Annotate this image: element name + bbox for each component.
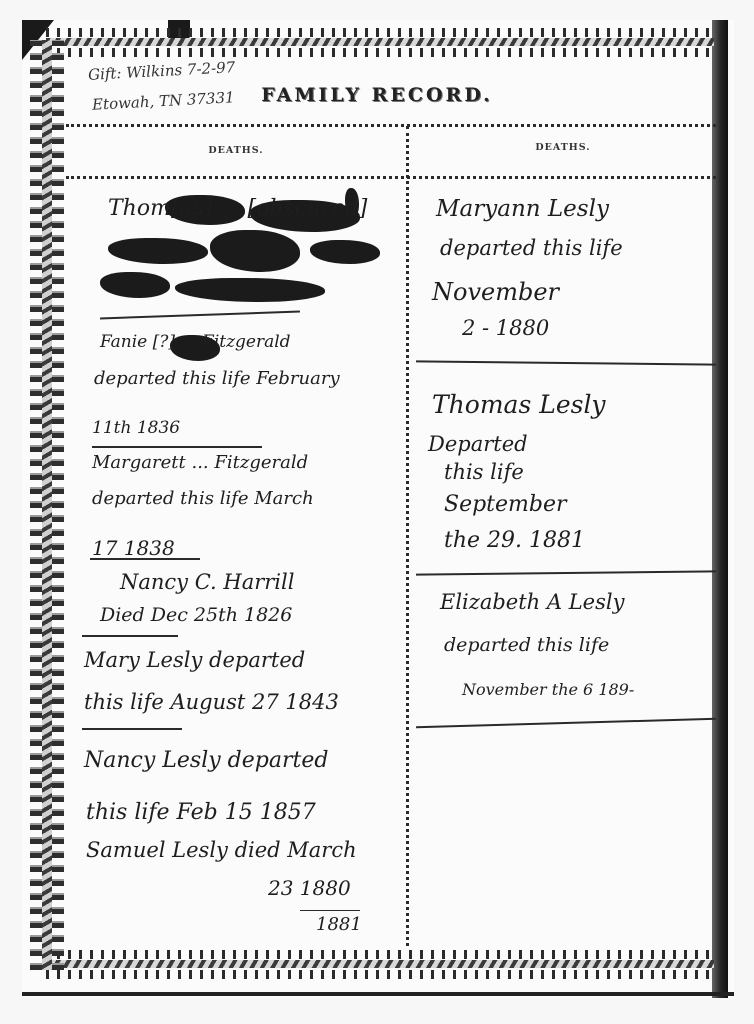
column-header-rule bbox=[66, 176, 716, 179]
column-header-right: DEATHS. bbox=[410, 142, 716, 153]
entry-line: this life Feb 15 1857 bbox=[86, 800, 316, 825]
ornamental-border-left bbox=[30, 40, 64, 970]
page-edge-shadow bbox=[712, 20, 728, 998]
entry-line: Maryann Lesly bbox=[436, 196, 609, 222]
entry-line: Samuel Lesly died March bbox=[86, 838, 357, 862]
entry-line: departed this life March bbox=[92, 488, 314, 509]
entry-line: Margarett ... Fitzgerald bbox=[92, 452, 308, 473]
entry-line: Nancy C. Harrill bbox=[120, 570, 294, 594]
column-header-left: DEATHS. bbox=[66, 145, 406, 156]
ornamental-border-bottom bbox=[46, 950, 714, 980]
entry-line: departed this life bbox=[440, 236, 623, 260]
entry-line: 2 - 1880 bbox=[462, 316, 549, 340]
entry-line: 1881 bbox=[316, 914, 362, 935]
entry-line: 23 1880 bbox=[268, 876, 351, 900]
entry-line: Thomas Lesly bbox=[432, 390, 606, 419]
entry-line: this life August 27 1843 bbox=[84, 690, 339, 714]
entry-line: departed this life bbox=[444, 634, 609, 656]
column-divider bbox=[406, 126, 409, 946]
entry-line: Fanie [?] ... Fitzgerald bbox=[100, 332, 291, 352]
entry-line: 17 1838 bbox=[92, 536, 175, 560]
entry-line: 11th 1836 bbox=[92, 418, 180, 438]
entry-line: Thom[as] ... [obscured] bbox=[108, 196, 367, 221]
entry-line: Elizabeth A Lesly bbox=[440, 590, 624, 614]
ornamental-border-top bbox=[46, 28, 714, 58]
entry-line: the 29. 1881 bbox=[444, 528, 585, 553]
entry-line: Nancy Lesly departed bbox=[84, 748, 328, 773]
entry-line: departed this life February bbox=[94, 368, 340, 389]
entry-line: Mary Lesly departed bbox=[84, 648, 305, 672]
header-rule bbox=[66, 124, 716, 127]
entry-line: Departed bbox=[428, 432, 528, 456]
entry-line: November bbox=[432, 278, 559, 306]
entry-line: September bbox=[444, 492, 567, 517]
entry-line: Died Dec 25th 1826 bbox=[100, 604, 292, 626]
entry-line: this life bbox=[444, 460, 524, 484]
page-bottom-edge bbox=[22, 992, 734, 996]
entry-line: November the 6 189- bbox=[462, 680, 634, 699]
